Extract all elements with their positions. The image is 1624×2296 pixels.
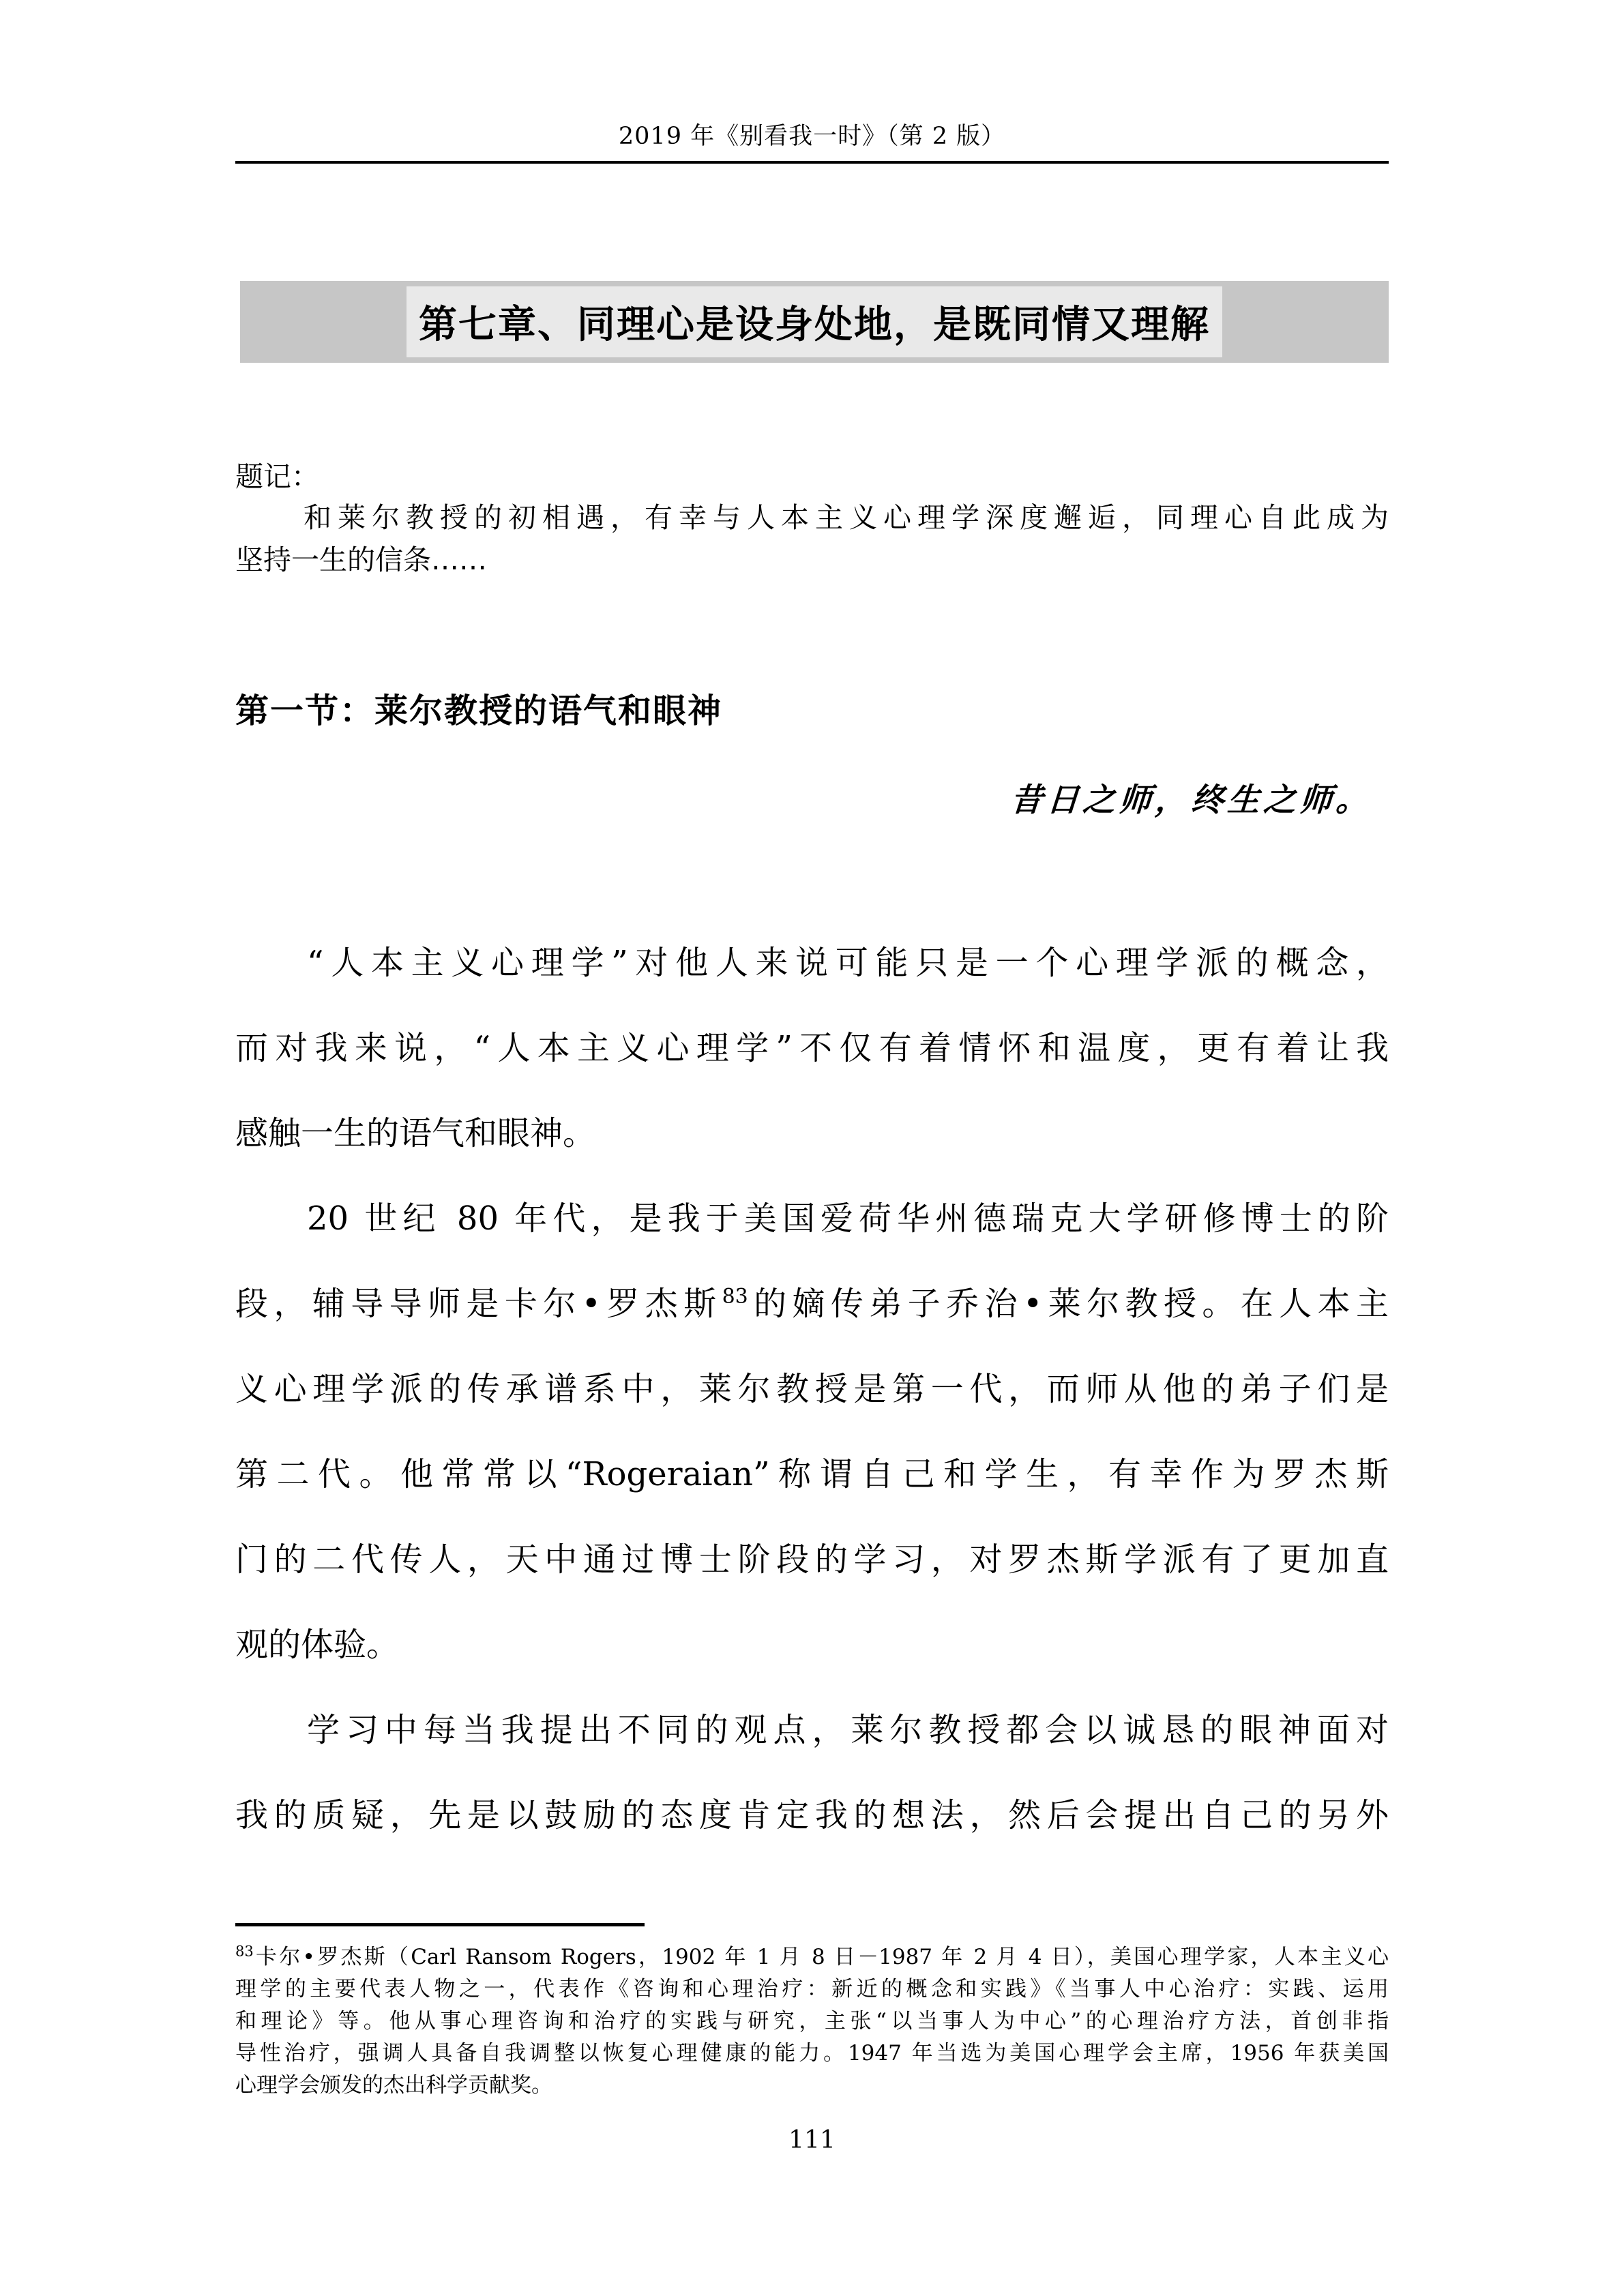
epigraph-line: 坚持一生的信条…… [235, 537, 1389, 578]
footnote-line: 导性治疗，强调人具备自我调整以恢复心理健康的能力。1947 年当选为美国心理学会… [235, 2039, 1389, 2068]
running-header: 2019 年《别看我一时》（第 2 版） [0, 117, 1624, 151]
body-line: 观的体验。 [235, 1624, 1389, 1665]
body-line-text: 段，辅导导师是卡尔•罗杰斯 [235, 1285, 722, 1323]
chapter-title: 第七章、同理心是设身处地，是既同情又理解 [407, 286, 1222, 357]
body-line: 我的质疑，先是以鼓励的态度肯定我的想法，然后会提出自己的另外 [235, 1795, 1389, 1836]
body-line: 而对我来说，“人本主义心理学”不仅有着情怀和温度，更有着让我 [235, 1028, 1389, 1069]
footnote-text: 卡尔•罗杰斯（Carl Ransom Rogers，1902 年 1 月 8 日… [254, 1945, 1389, 1969]
footnote-reference: 83 [722, 1285, 748, 1309]
page-number: 111 [0, 2126, 1624, 2154]
body-line: 学习中每当我提出不同的观点，莱尔教授都会以诚恳的眼神面对 [235, 1710, 1389, 1750]
footnote-line: 83卡尔•罗杰斯（Carl Ransom Rogers，1902 年 1 月 8… [235, 1943, 1389, 1971]
body-line-text: 的嫡传弟子乔治•莱尔教授。在人本主 [748, 1285, 1389, 1323]
body-line: 感触一生的语气和眼神。 [235, 1113, 1389, 1154]
body-line: 门的二代传人，天中通过博士阶段的学习，对罗杰斯学派有了更加直 [235, 1539, 1389, 1580]
epigraph-label: 题记： [235, 454, 319, 494]
body-line: 第二代。他常常以“Rogeraian”称谓自己和学生，有幸作为罗杰斯 [235, 1454, 1389, 1495]
header-rule [235, 161, 1389, 164]
body-line: 20 世纪 80 年代，是我于美国爱荷华州德瑞克大学研修博士的阶 [235, 1198, 1389, 1239]
footnote-marker: 83 [235, 1943, 254, 1960]
body-line: 义心理学派的传承谱系中，莱尔教授是第一代，而师从他的弟子们是 [235, 1369, 1389, 1410]
epigraph-line: 和莱尔教授的初相遇，有幸与人本主义心理学深度邂逅，同理心自此成为 [235, 495, 1389, 535]
footnote-line: 和理论》等。他从事心理咨询和治疗的实践与研究，主张“以当事人为中心”的心理治疗方… [235, 2007, 1389, 2036]
document-page: 2019 年《别看我一时》（第 2 版） 第七章、同理心是设身处地，是既同情又理… [0, 0, 1624, 2296]
footnote-line: 理学的主要代表人物之一，代表作《咨询和心理治疗：新近的概念和实践》《当事人中心治… [235, 1975, 1389, 2003]
section-motto: 昔日之师，终生之师。 [1009, 775, 1374, 820]
section-title: 第一节：莱尔教授的语气和眼神 [235, 685, 722, 732]
footnote-line: 心理学会颁发的杰出科学贡献奖。 [235, 2071, 1389, 2100]
footnote-separator [235, 1923, 645, 1926]
chapter-title-band: 第七章、同理心是设身处地，是既同情又理解 [240, 281, 1389, 363]
body-line: “人本主义心理学”对他人来说可能只是一个心理学派的概念， [235, 942, 1389, 983]
body-line: 段，辅导导师是卡尔•罗杰斯83的嫡传弟子乔治•莱尔教授。在人本主 [235, 1283, 1389, 1324]
